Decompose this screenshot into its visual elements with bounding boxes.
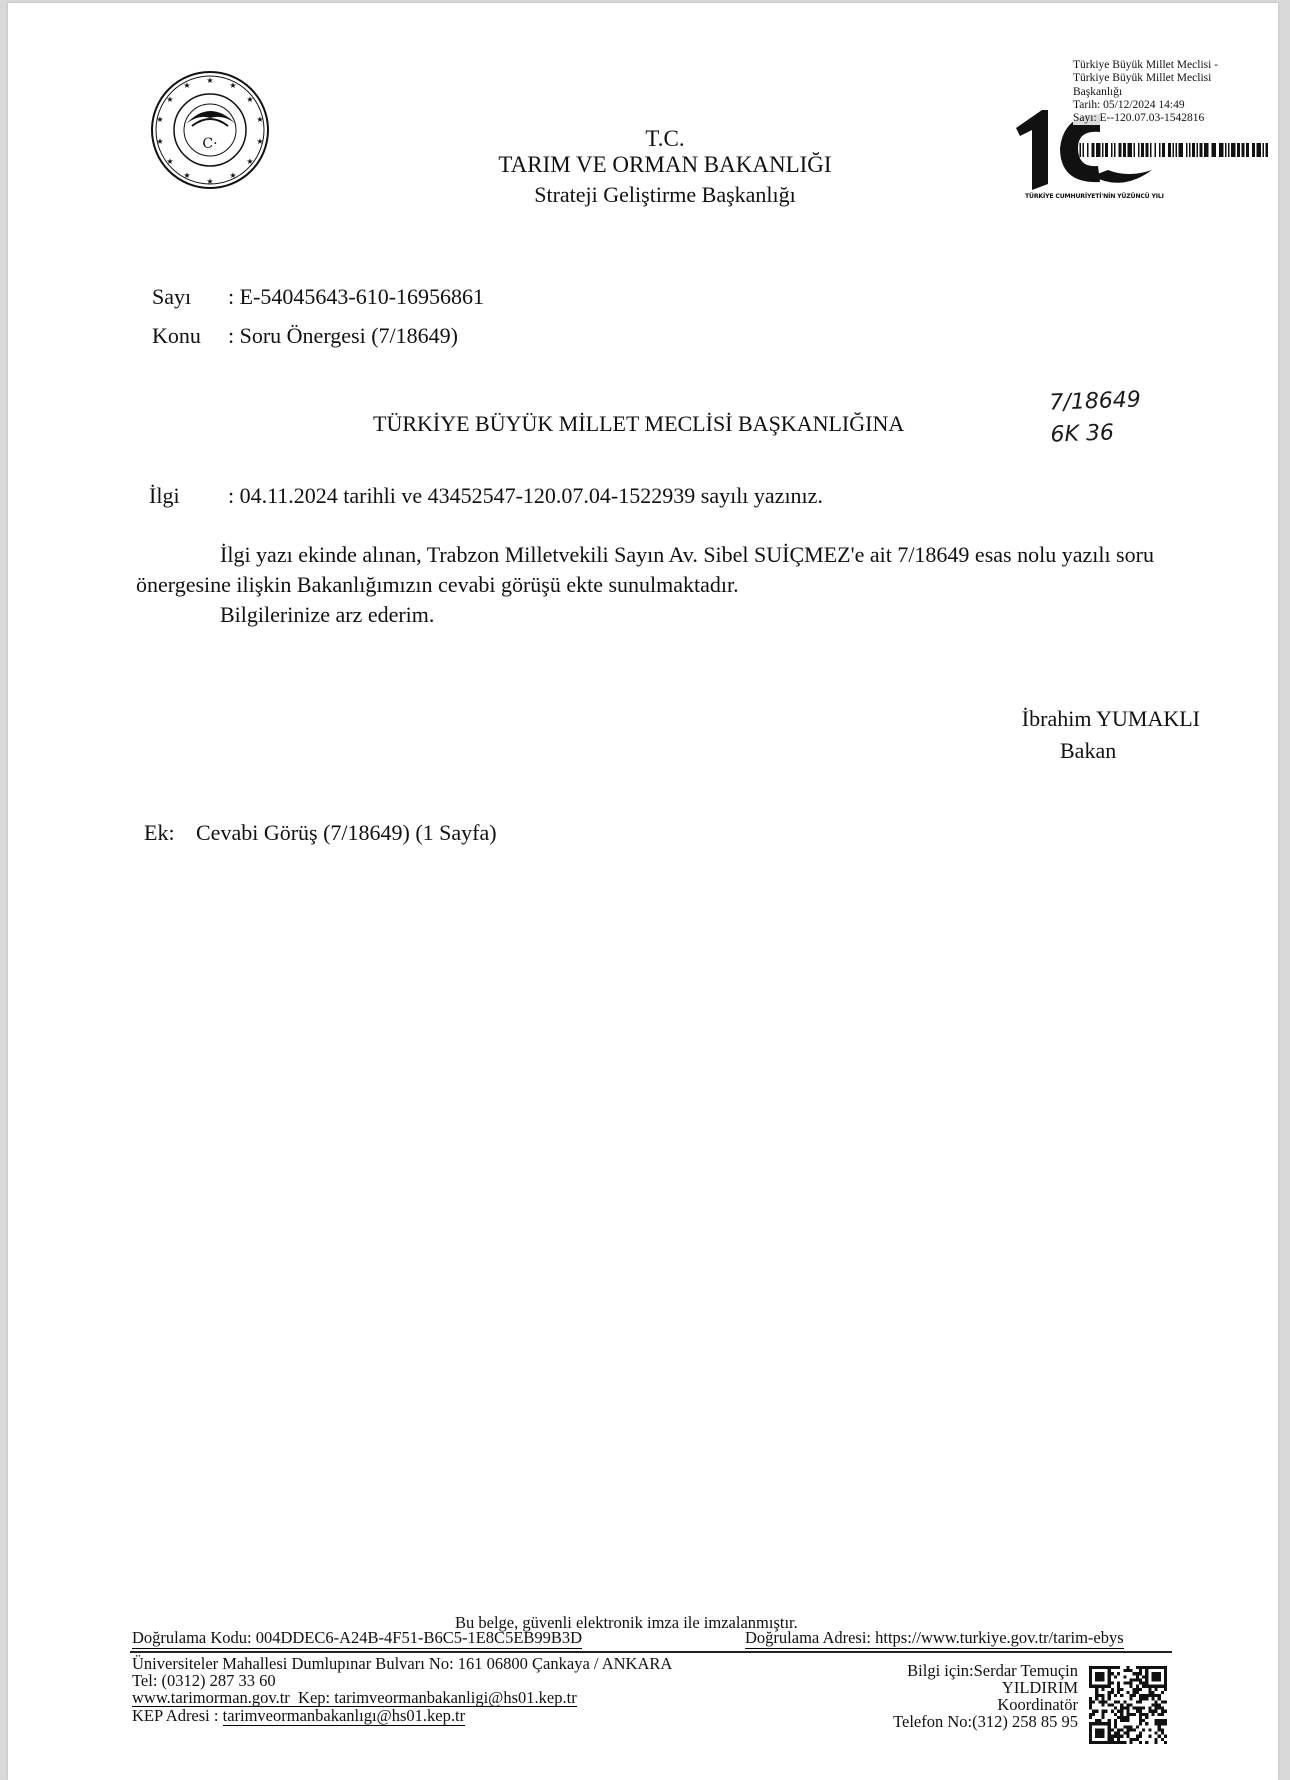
addressee: TÜRKİYE BÜYÜK MİLLET MECLİSİ BAŞKANLIĞIN… — [373, 411, 904, 437]
web-kep-line: www.tarimorman.gov.tr Kep: tarimveormanb… — [132, 1689, 577, 1707]
kep-label: Kep: — [298, 1688, 334, 1707]
verification-code: Doğrulama Kodu: 004DDEC6-A24B-4F51-B6C5-… — [132, 1628, 582, 1649]
website-link[interactable]: www.tarimorman.gov.tr — [132, 1688, 290, 1707]
signatory-title: Bakan — [960, 735, 1200, 767]
sayi-value: : E-54045643-610-16956861 — [228, 284, 484, 310]
konu-value: : Soru Önergesi (7/18649) — [228, 323, 458, 349]
receipt-line: Başkanlığı — [1073, 86, 1218, 99]
barcode-icon — [1075, 143, 1268, 157]
sayi-label: Sayı — [152, 284, 191, 310]
verification-address-link[interactable]: Doğrulama Adresi: https://www.turkiye.go… — [745, 1628, 1124, 1649]
svg-text:★: ★ — [156, 115, 163, 124]
svg-text:★: ★ — [246, 95, 253, 104]
attachment-value: Cevabi Görüş (7/18649) (1 Sayfa) — [196, 820, 497, 845]
contact-line: Telefon No:(312) 258 85 95 — [860, 1713, 1078, 1730]
centenary-caption: TÜRKİYE CUMHURİYETİ'NİN YÜZÜNCÜ YILI — [1025, 192, 1164, 200]
receipt-line: Türkiye Büyük Millet Meclisi — [1073, 72, 1218, 85]
svg-text:★: ★ — [229, 81, 236, 90]
receipt-stamp: Türkiye Büyük Millet Meclisi - Türkiye B… — [1073, 59, 1222, 125]
handwritten-line: 6K 36 — [1050, 416, 1142, 451]
attachment-line: Ek:Cevabi Görüş (7/18649) (1 Sayfa) — [144, 820, 497, 846]
ministry-contact: Üniversiteler Mahallesi Dumlupınar Bulva… — [132, 1655, 672, 1724]
signature-block: İbrahim YUMAKLI Bakan — [960, 703, 1200, 767]
kep-address-label: KEP Adresi : — [132, 1706, 223, 1725]
info-contact: Bilgi için:Serdar Temuçin YILDIRIM Koord… — [860, 1662, 1078, 1730]
svg-text:★: ★ — [256, 115, 263, 124]
receipt-date: Tarih: 05/12/2024 14:49 — [1073, 99, 1218, 112]
contact-line: Koordinatör — [860, 1696, 1078, 1713]
svg-text:★: ★ — [166, 95, 173, 104]
qr-code-icon[interactable] — [1089, 1666, 1167, 1744]
document-page — [8, 3, 1278, 1780]
svg-text:★: ★ — [206, 76, 213, 85]
body-closing: Bilgilerinize arz ederim. — [136, 600, 1186, 630]
signatory-name: İbrahim YUMAKLI — [960, 703, 1200, 735]
kep-email-link[interactable]: tarimveormanbakanligi@hs01.kep.tr — [334, 1688, 576, 1707]
receipt-line: Türkiye Büyük Millet Meclisi - — [1073, 59, 1218, 72]
postal-address: Üniversiteler Mahallesi Dumlupınar Bulva… — [132, 1655, 672, 1672]
letter-body: İlgi yazı ekinde alınan, Trabzon Milletv… — [136, 540, 1186, 630]
ilgi-label: İlgi — [149, 483, 180, 509]
attachment-label: Ek: — [144, 820, 196, 846]
footer-divider — [130, 1651, 1172, 1653]
body-paragraph: İlgi yazı ekinde alınan, Trabzon Milletv… — [136, 540, 1186, 600]
svg-text:★: ★ — [183, 81, 190, 90]
handwritten-line: 7/18649 — [1049, 384, 1141, 419]
receipt-number: Sayı: E--120.07.03-1542816 — [1073, 112, 1218, 125]
ilgi-value: : 04.11.2024 tarihli ve 43452547-120.07.… — [228, 483, 823, 509]
handwritten-note: 7/18649 6K 36 — [1049, 384, 1143, 451]
telephone: Tel: (0312) 287 33 60 — [132, 1672, 672, 1689]
konu-label: Konu — [152, 323, 201, 349]
contact-line: Bilgi için:Serdar Temuçin — [860, 1662, 1078, 1679]
contact-line: YILDIRIM — [860, 1679, 1078, 1696]
kep-address-link[interactable]: tarimveormanbakanlıgı@hs01.kep.tr — [223, 1706, 465, 1726]
